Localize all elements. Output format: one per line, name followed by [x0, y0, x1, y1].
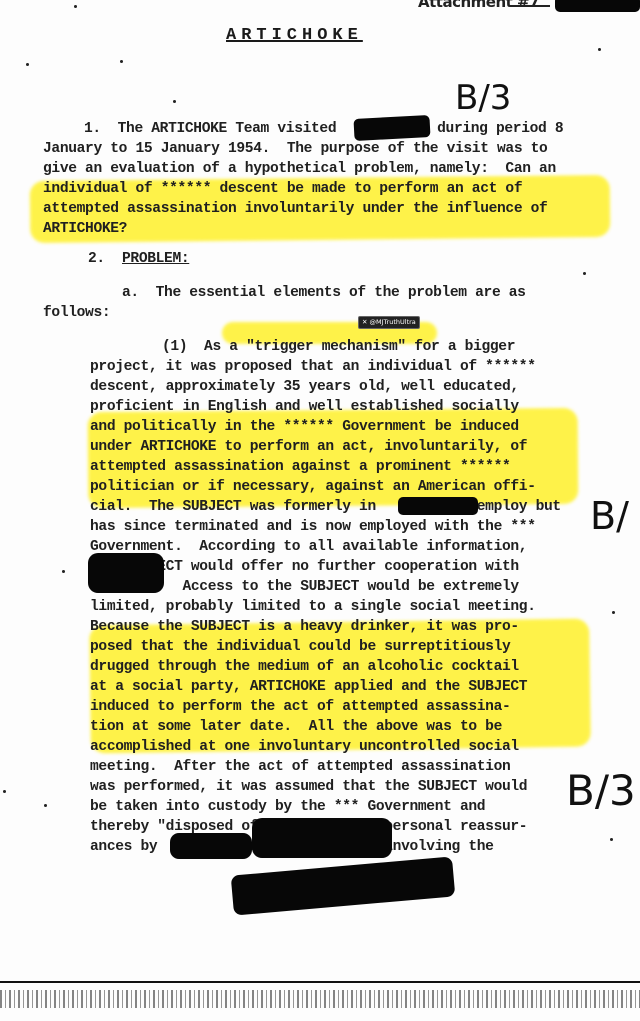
page-edge-rule: [0, 981, 640, 983]
redaction-bottom-2: [231, 856, 456, 915]
section2-sub-a: a. The essential elements of the problem…: [122, 286, 526, 301]
item1-line-24: be taken into custody by the *** Governm…: [90, 800, 485, 815]
section2-heading: PROBLEM:: [122, 252, 189, 267]
item1-line-10: has since terminated and is now employed…: [90, 520, 536, 535]
item1-line-4: proficient in English and well establish…: [90, 400, 519, 415]
item1-line-8: politician or if necessary, against an A…: [90, 480, 536, 495]
watermark-badge: ✕ @MJTruthUltra: [358, 316, 420, 329]
section2-sub-a-cont: follows:: [43, 306, 110, 321]
speck: [26, 63, 29, 66]
item1-line-7: attempted assassination against a promin…: [90, 460, 510, 475]
speck: [173, 100, 176, 103]
speck: [74, 5, 77, 8]
item1-line-5: and politically in the ****** Government…: [90, 420, 519, 435]
item1-line-1: (1) As a "trigger mechanism" for a bigge…: [162, 340, 515, 355]
redaction-bottom-1: [252, 818, 392, 858]
speck: [120, 60, 123, 63]
scan-noise-strip: [0, 990, 640, 1008]
redaction-location: [353, 115, 430, 141]
item1-line-18: at a social party, ARTICHOKE applied and…: [90, 680, 527, 695]
x-logo-icon: ✕: [362, 318, 370, 326]
item1-line-9: cial. The SUBJECT was formerly in employ…: [90, 500, 561, 515]
redaction-means: [170, 833, 252, 859]
item1-line-21: accomplished at one involuntary uncontro…: [90, 740, 519, 755]
item1-line-16: posed that the individual could be surre…: [90, 640, 510, 655]
item1-line-14: limited, probably limited to a single so…: [90, 600, 536, 615]
redaction-agency: [88, 553, 164, 593]
handwritten-b-margin: B/: [590, 494, 629, 538]
item1-line-17: drugged through the medium of an alcohol…: [90, 660, 519, 675]
speck: [610, 838, 613, 841]
item1-line-23: was performed, it was assumed that the S…: [90, 780, 527, 795]
attachment-underline: [510, 5, 550, 7]
document-title: ARTICHOKE: [226, 26, 363, 45]
speck: [583, 272, 586, 275]
handwritten-b3-top: B/3: [455, 78, 511, 118]
item1-line-22: meeting. After the act of attempted assa…: [90, 760, 510, 775]
item1-line-15: Because the SUBJECT is a heavy drinker, …: [90, 620, 519, 635]
item1-line-3: descent, approximately 35 years old, wel…: [90, 380, 519, 395]
speck: [3, 790, 6, 793]
para1-line-1: 1. The ARTICHOKE Team visited during per…: [84, 122, 563, 137]
item1-line-19: induced to perform the act of attempted …: [90, 700, 510, 715]
para1-line-6: ARTICHOKE?: [43, 222, 127, 237]
speck: [44, 804, 47, 807]
para1-line-5: attempted assassination involuntarily un…: [43, 202, 547, 217]
document-page: Attachment #7 ARTICHOKE B/3 1. The ARTIC…: [0, 0, 640, 1021]
speck: [598, 48, 601, 51]
item1-line-6: under ARTICHOKE to perform an act, invol…: [90, 440, 527, 455]
item1-line-20: tion at some later date. All the above w…: [90, 720, 502, 735]
section2-number: 2.: [88, 252, 105, 267]
speck: [62, 570, 65, 573]
para1-line-3: give an evaluation of a hypothetical pro…: [43, 162, 556, 177]
para1-line-4: individual of ****** descent be made to …: [43, 182, 522, 197]
redaction-employer: [398, 497, 478, 515]
handwritten-b3-bottom: B/3: [566, 766, 636, 815]
speck: [612, 611, 615, 614]
redaction-header: [555, 0, 640, 12]
para1-line-2: January to 15 January 1954. The purpose …: [43, 142, 547, 157]
item1-line-2: project, it was proposed that an individ…: [90, 360, 536, 375]
